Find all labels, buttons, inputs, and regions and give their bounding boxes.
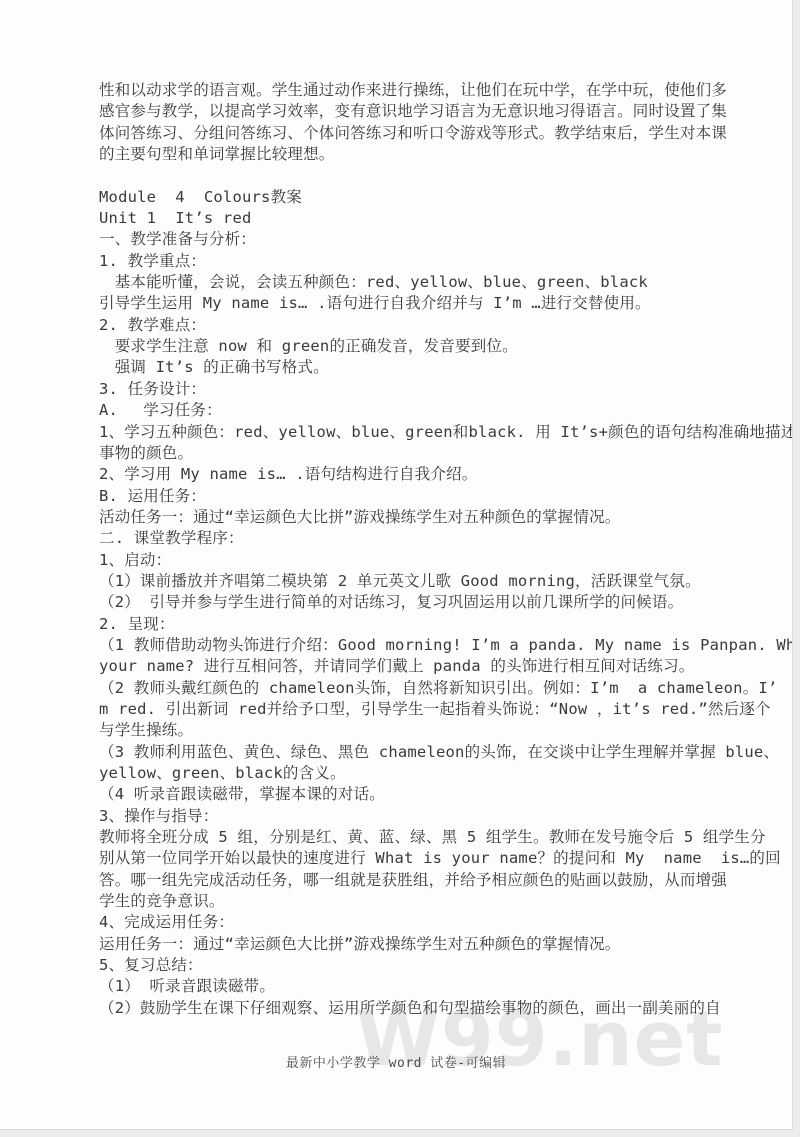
text-line: 事物的颜色。 bbox=[99, 443, 722, 464]
text-line: 二. 课堂教学程序： bbox=[99, 528, 722, 549]
text-line: （2）鼓励学生在课下仔细观察、运用所学颜色和句型描绘事物的颜色，画出一副美丽的自 bbox=[99, 998, 722, 1019]
text-line: （2） 引导并参与学生进行简单的对话练习，复习巩固运用以前几课所学的问候语。 bbox=[99, 592, 722, 613]
page-footer: 最新中小学教学 word 试卷-可编辑 bbox=[0, 1052, 792, 1071]
text-line: （2 教师头戴红颜色的 chameleon头饰，自然将新知识引出。例如：I’m … bbox=[99, 678, 722, 699]
text-line: B. 运用任务： bbox=[99, 486, 722, 507]
text-line: 要求学生注意 now 和 green的正确发音，发音要到位。 bbox=[99, 336, 722, 357]
text-line: 1. 教学重点： bbox=[99, 251, 722, 272]
text-line: 运用任务一：通过“幸运颜色大比拼”游戏操练学生对五种颜色的掌握情况。 bbox=[99, 934, 722, 955]
text-line: 别从第一位同学开始以最快的速度进行 What is your name？的提问和… bbox=[99, 848, 722, 869]
text-line: 体问答练习、分组问答练习、个体问答练习和听口令游戏等形式。教学结束后，学生对本课 bbox=[99, 123, 722, 144]
text-line: 2. 呈现： bbox=[99, 614, 722, 635]
text-line: （4 听录音跟读磁带，掌握本课的对话。 bbox=[99, 784, 722, 805]
text-line: 3、操作与指导： bbox=[99, 806, 722, 827]
text-line: A. 学习任务： bbox=[99, 400, 722, 421]
document-page: W99.net 性和以动求学的语言观。学生通过动作来进行操练，让他们在玩中学，在… bbox=[0, 0, 793, 1130]
text-line: Unit 1 It’s red bbox=[99, 208, 722, 229]
text-line: 学生的竞争意识。 bbox=[99, 891, 722, 912]
text-line: 答。哪一组先完成活动任务，哪一组就是获胜组，并给予相应颜色的贴画以鼓励，从而增强 bbox=[99, 870, 722, 891]
text-line: 教师将全班分成 5 组，分别是红、黄、蓝、绿、黑 5 组学生。教师在发号施令后 … bbox=[99, 827, 722, 848]
text-line: 3. 任务设计： bbox=[99, 379, 722, 400]
text-line: Module 4 Colours教案 bbox=[99, 187, 722, 208]
text-line: （1）课前播放并齐唱第二模块第 2 单元英文儿歌 Good morning，活跃… bbox=[99, 571, 722, 592]
text-line: 5、复习总结： bbox=[99, 955, 722, 976]
text-line bbox=[99, 165, 722, 186]
text-line: 活动任务一：通过“幸运颜色大比拼”游戏操练学生对五种颜色的掌握情况。 bbox=[99, 507, 722, 528]
text-line: 引导学生运用 My name is… .语句进行自我介绍并与 I’m …进行交替… bbox=[99, 293, 722, 314]
text-line: yellow、green、black的含义。 bbox=[99, 763, 722, 784]
text-line: （3 教师利用蓝色、黄色、绿色、黑色 chameleon的头饰，在交谈中让学生理… bbox=[99, 742, 722, 763]
text-line: 2、学习用 My name is… .语句结构进行自我介绍。 bbox=[99, 464, 722, 485]
text-line: 感官参与教学，以提高学习效率，变有意识地学习语言为无意识地习得语言。同时设置了集 bbox=[99, 101, 722, 122]
text-line: 1、学习五种颜色：red、yellow、blue、green和black. 用 … bbox=[99, 422, 722, 443]
text-line: 2. 教学难点： bbox=[99, 315, 722, 336]
text-line: 一、教学准备与分析： bbox=[99, 229, 722, 250]
document-body: 性和以动求学的语言观。学生通过动作来进行操练，让他们在玩中学，在学中玩，使他们多… bbox=[99, 80, 722, 1019]
text-line: your name? 进行互相问答，并请同学们戴上 panda 的头饰进行相互间… bbox=[99, 656, 722, 677]
text-line: （1） 听录音跟读磁带。 bbox=[99, 976, 722, 997]
text-line: m red. 引出新词 red并给予口型，引导学生一起指着头饰说：“Now ，i… bbox=[99, 699, 722, 720]
text-line: 与学生操练。 bbox=[99, 720, 722, 741]
text-line: 强调 It’s 的正确书写格式。 bbox=[99, 357, 722, 378]
text-line: 4、完成运用任务： bbox=[99, 912, 722, 933]
text-line: 1、启动： bbox=[99, 550, 722, 571]
text-line: 性和以动求学的语言观。学生通过动作来进行操练，让他们在玩中学，在学中玩，使他们多 bbox=[99, 80, 722, 101]
text-line: 基本能听懂，会说，会读五种颜色：red、yellow、blue、green、bl… bbox=[99, 272, 722, 293]
text-line: 的主要句型和单词掌握比较理想。 bbox=[99, 144, 722, 165]
text-line: （1 教师借助动物头饰进行介绍：Good morning! I’m a pand… bbox=[99, 635, 722, 656]
